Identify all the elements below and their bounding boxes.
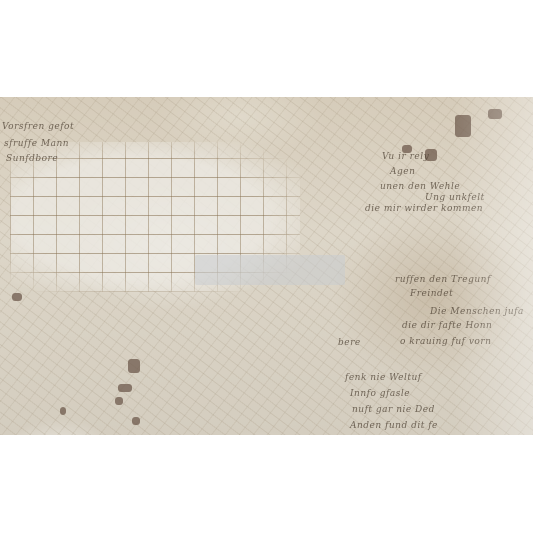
texture-image: Vu ir rely Agen unen den Wehle Ung unkfe…	[0, 97, 533, 435]
edge-fade	[0, 97, 533, 435]
